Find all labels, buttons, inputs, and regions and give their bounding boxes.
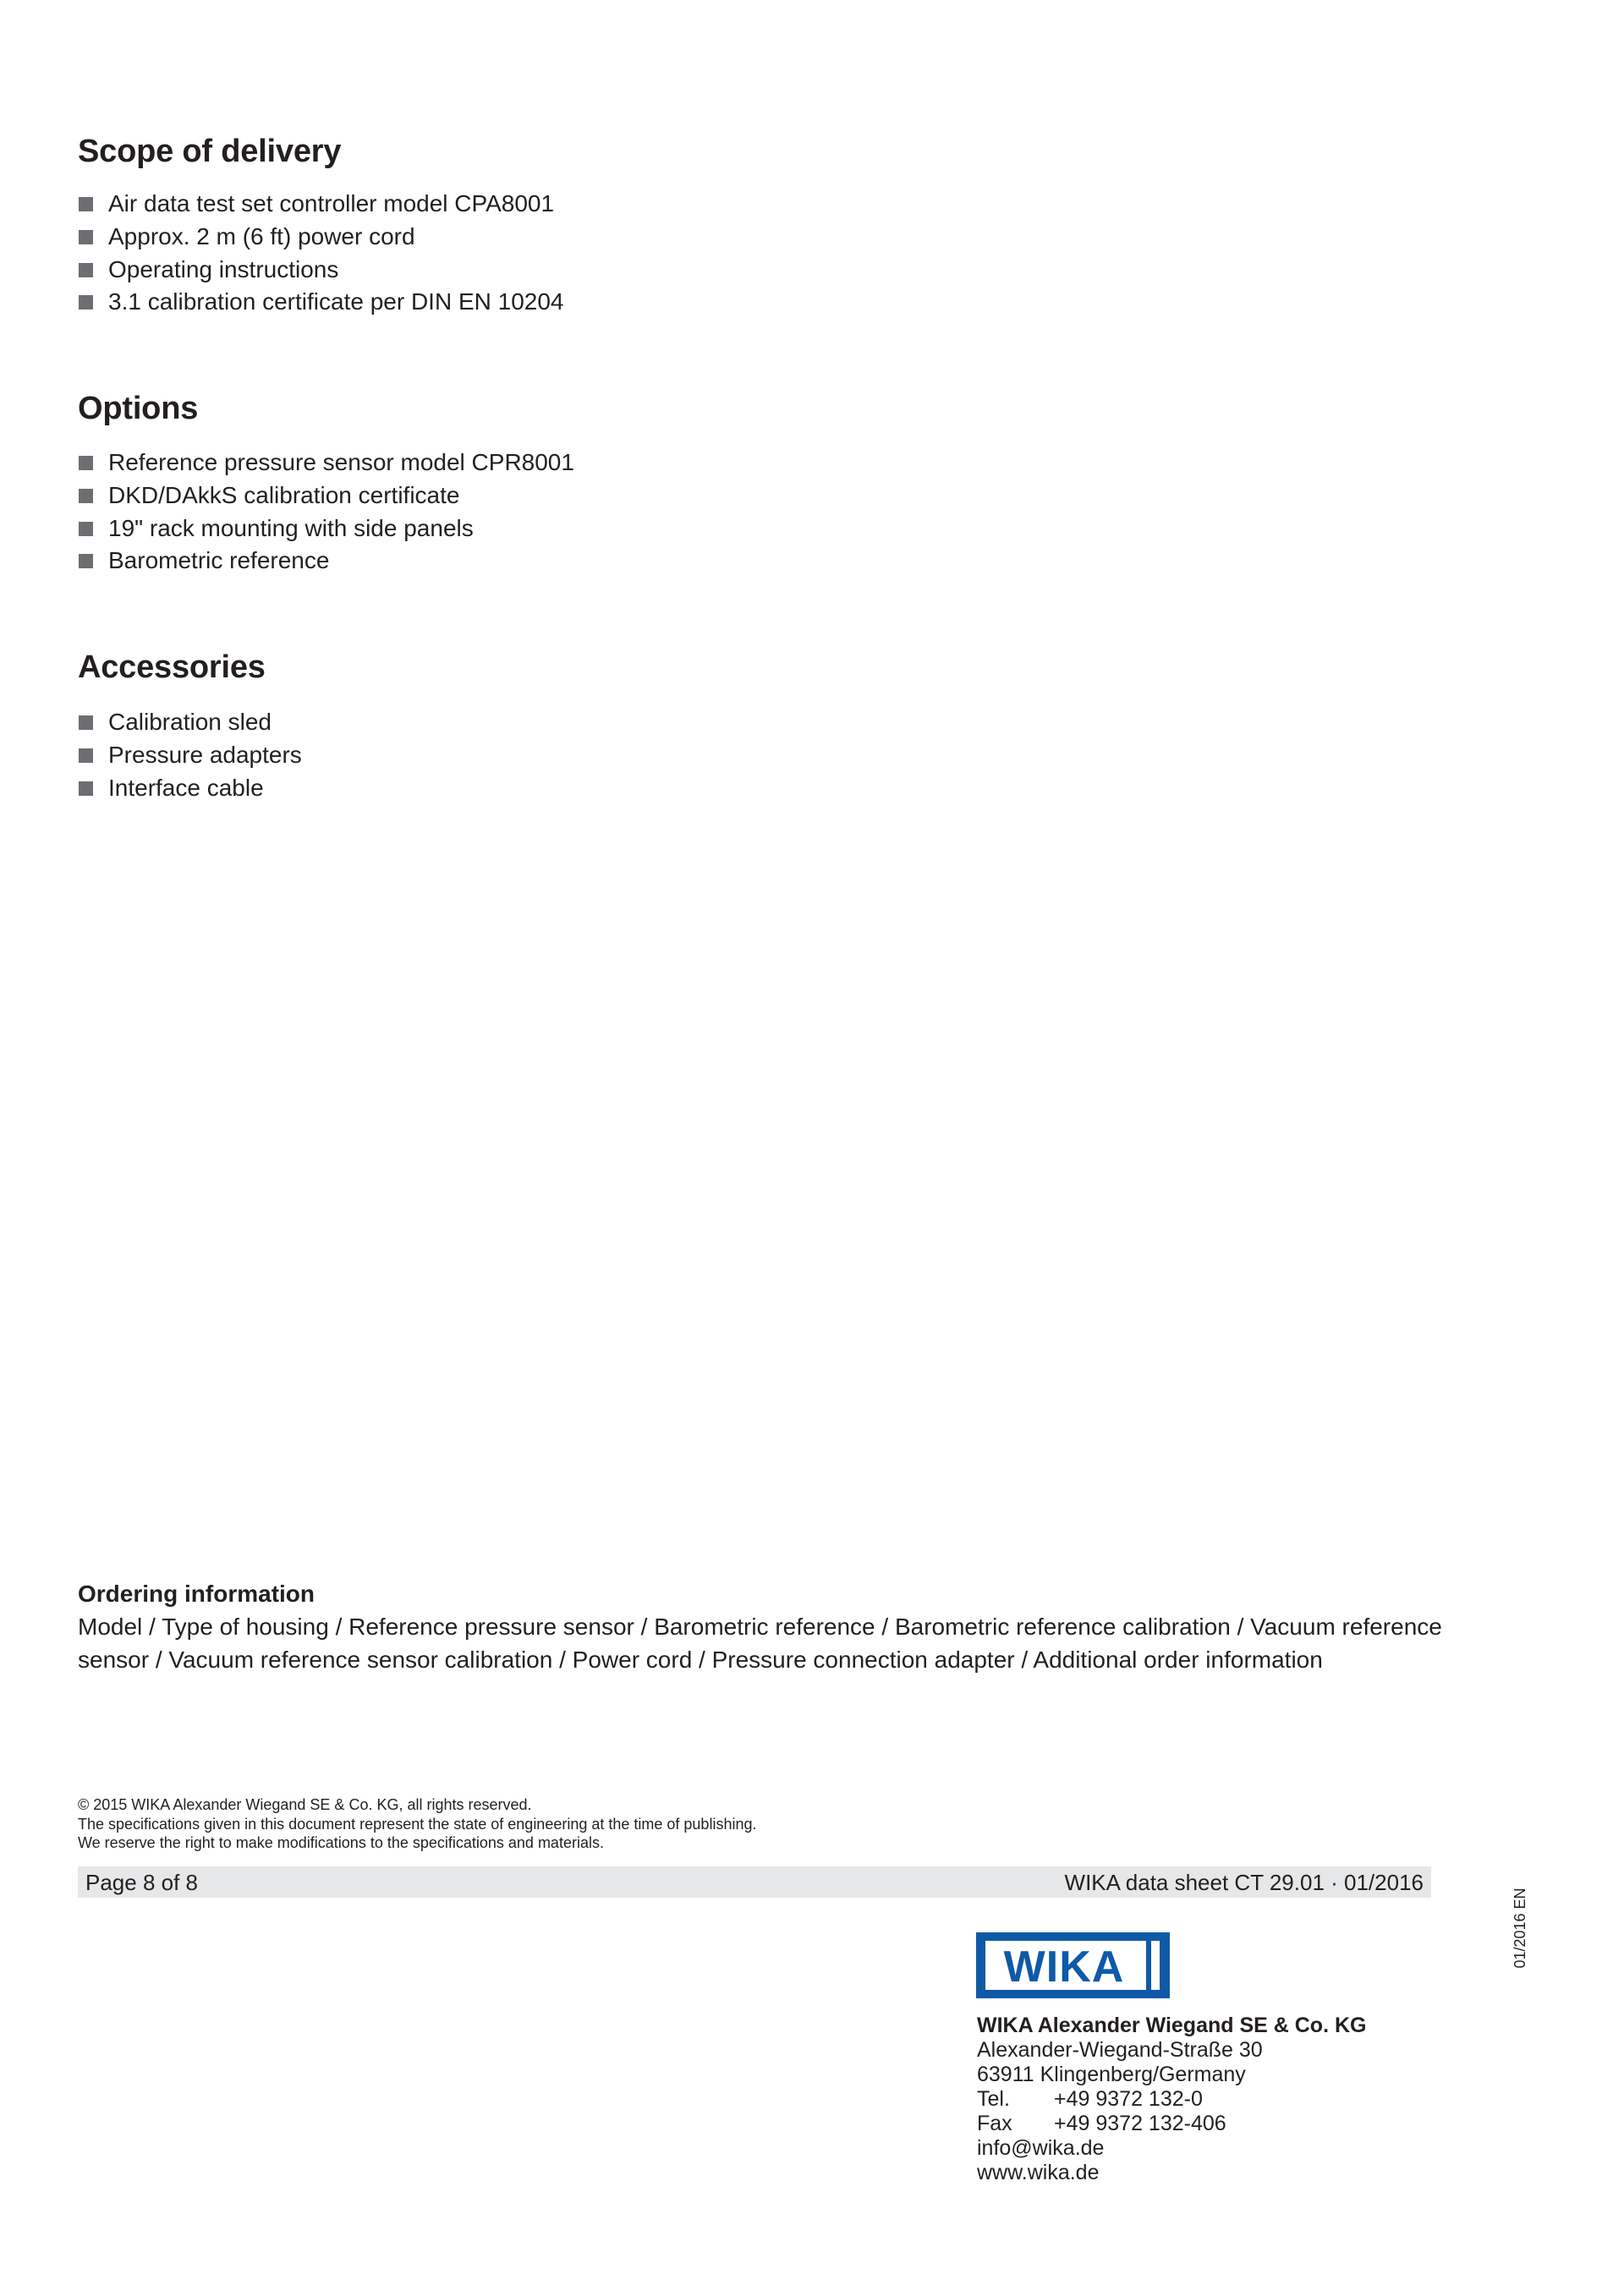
list-item: Operating instructions [78, 254, 564, 287]
company-name: WIKA Alexander Wiegand SE & Co. KG [977, 2014, 1366, 2038]
bullet-square-icon [79, 230, 93, 244]
list-item: 3.1 calibration certificate per DIN EN 1… [78, 286, 564, 319]
scope-of-delivery-heading: Scope of delivery [78, 133, 341, 170]
bullet-square-icon [79, 263, 93, 277]
accessories-list: Calibration sled Pressure adapters Inter… [78, 706, 302, 804]
bullet-square-icon [79, 295, 93, 310]
modifications-line: We reserve the right to make modificatio… [78, 1833, 756, 1853]
bullet-square-icon [79, 197, 93, 211]
legal-notice: © 2015 WIKA Alexander Wiegand SE & Co. K… [78, 1795, 756, 1853]
company-phone: Tel.+49 9372 132-0 [977, 2087, 1366, 2112]
list-item: Reference pressure sensor model CPR8001 [78, 447, 574, 479]
accessories-heading: Accessories [78, 649, 266, 686]
list-item: Calibration sled [78, 706, 302, 739]
bullet-square-icon [79, 748, 93, 763]
list-item: Air data test set controller model CPA80… [78, 188, 564, 221]
options-list: Reference pressure sensor model CPR8001 … [78, 447, 574, 578]
company-city: 63911 Klingenberg/Germany [977, 2063, 1366, 2087]
scope-of-delivery-list: Air data test set controller model CPA80… [78, 188, 564, 319]
company-street: Alexander-Wiegand-Straße 30 [977, 2038, 1366, 2063]
bullet-square-icon [79, 522, 93, 536]
list-item: Interface cable [78, 772, 302, 805]
fax-label: Fax [977, 2112, 1054, 2136]
page-footer-bar: Page 8 of 8 WIKA data sheet CT 29.01 · 0… [78, 1866, 1431, 1898]
copyright-line: © 2015 WIKA Alexander Wiegand SE & Co. K… [78, 1795, 756, 1815]
bullet-square-icon [79, 489, 93, 503]
datasheet-reference: WIKA data sheet CT 29.01 · 01/2016 [1065, 1869, 1424, 1896]
phone-value: +49 9372 132-0 [1054, 2087, 1203, 2111]
list-item: Approx. 2 m (6 ft) power cord [78, 221, 564, 254]
list-item: DKD/DAkkS calibration certificate [78, 479, 574, 512]
company-website[interactable]: www.wika.de [977, 2161, 1366, 2185]
ordering-information-text: Model / Type of housing / Reference pres… [78, 1611, 1448, 1676]
options-heading: Options [78, 390, 198, 427]
company-address: WIKA Alexander Wiegand SE & Co. KG Alexa… [977, 2014, 1366, 2185]
list-item: Pressure adapters [78, 739, 302, 772]
bullet-square-icon [79, 781, 93, 796]
bullet-square-icon [79, 554, 93, 568]
ordering-information-heading: Ordering information [78, 1578, 315, 1610]
edition-code: 01/2016 EN [1512, 1888, 1528, 1968]
bullet-square-icon [79, 715, 93, 730]
company-fax: Fax+49 9372 132-406 [977, 2112, 1366, 2136]
fax-value: +49 9372 132-406 [1054, 2112, 1226, 2135]
list-item: Barometric reference [78, 545, 574, 578]
phone-label: Tel. [977, 2087, 1054, 2112]
specifications-line: The specifications given in this documen… [78, 1815, 756, 1834]
page-number: Page 8 of 8 [85, 1869, 198, 1896]
bullet-square-icon [79, 456, 93, 470]
company-email[interactable]: info@wika.de [977, 2136, 1366, 2161]
svg-text:WIKA: WIKA [1004, 1943, 1125, 1992]
list-item: 19" rack mounting with side panels [78, 512, 574, 545]
wika-logo-icon: WIKA [976, 1932, 1170, 1998]
